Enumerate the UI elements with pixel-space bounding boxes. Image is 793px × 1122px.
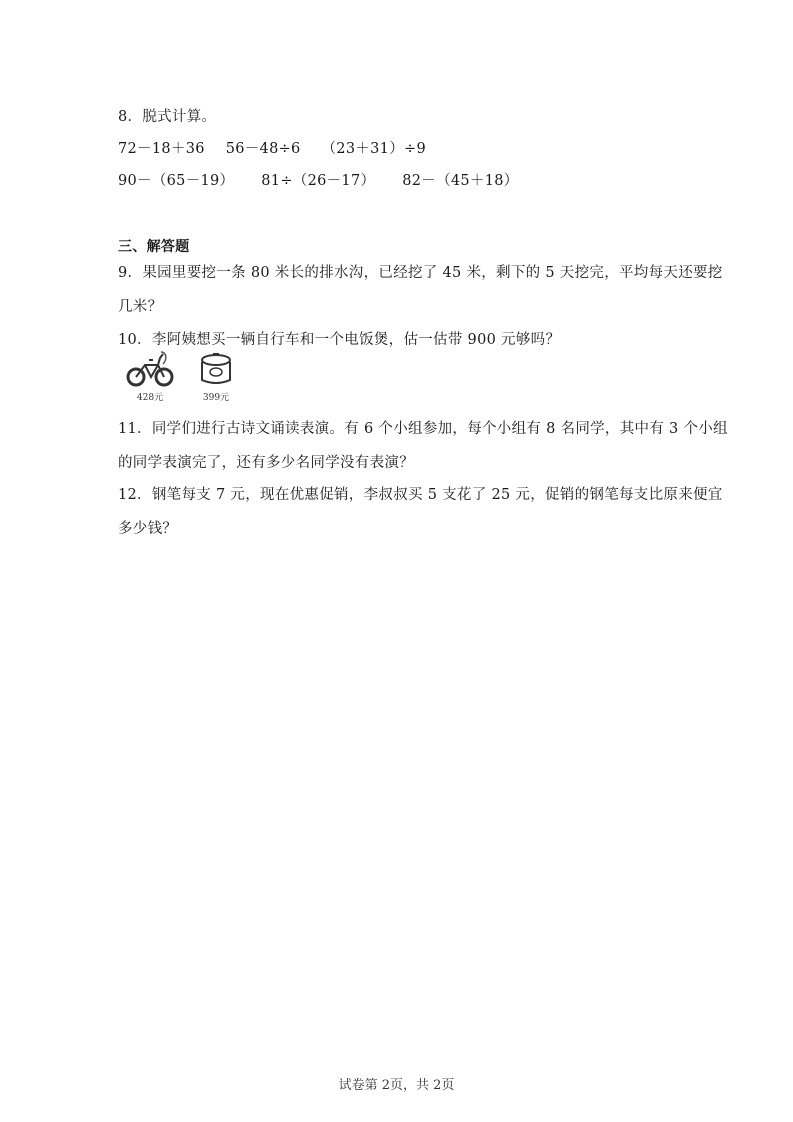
q8-row-1: 72－18＋36 56－48÷6 （23＋31）÷9: [118, 137, 426, 158]
rice-cooker-icon: [196, 350, 236, 388]
q12-line-2: 多少钱？: [118, 517, 177, 538]
page-footer: 试卷第 2页，共 2页: [0, 1074, 793, 1093]
expression: 72－18＋36: [118, 137, 205, 158]
exam-page: 8．脱式计算。 72－18＋36 56－48÷6 （23＋31）÷9 90－（6…: [0, 0, 793, 1122]
q10-line-1: 10．李阿姨想买一辆自行车和一个电饭煲，估一估带 900 元够吗？: [118, 328, 560, 349]
q11-line-2: 的同学表演完了，还有多少名同学没有表演？: [118, 451, 414, 472]
expression: 82－（45＋18）: [402, 169, 518, 190]
expression: 90－（65－19）: [118, 169, 234, 190]
q12-line-1: 12．钢笔每支 7 元，现在优惠促销，李叔叔买 5 支花了 25 元，促销的钢笔…: [118, 483, 723, 504]
q8-row-2: 90－（65－19） 81÷（26－17） 82－（45＋18）: [118, 169, 519, 190]
bicycle-figure: 428元: [120, 350, 180, 403]
bicycle-price: 428元: [120, 390, 180, 403]
expression: （23＋31）÷9: [322, 137, 426, 158]
q9-line-1: 9．果园里要挖一条 80 米长的排水沟，已经挖了 45 米，剩下的 5 天挖完，…: [118, 261, 723, 282]
bicycle-icon: [125, 350, 175, 388]
section-heading: 三、解答题: [118, 236, 190, 256]
rice-cooker-price: 399元: [186, 390, 246, 403]
rice-cooker-figure: 399元: [186, 350, 246, 403]
q8-title: 8．脱式计算。: [118, 105, 216, 126]
expression: 56－48÷6: [226, 137, 301, 158]
q11-line-1: 11．同学们进行古诗文诵读表演。有 6 个小组参加，每个小组有 8 名同学，其中…: [118, 417, 728, 438]
q9-line-2: 几米？: [118, 295, 162, 316]
expression: 81÷（26－17）: [261, 169, 375, 190]
